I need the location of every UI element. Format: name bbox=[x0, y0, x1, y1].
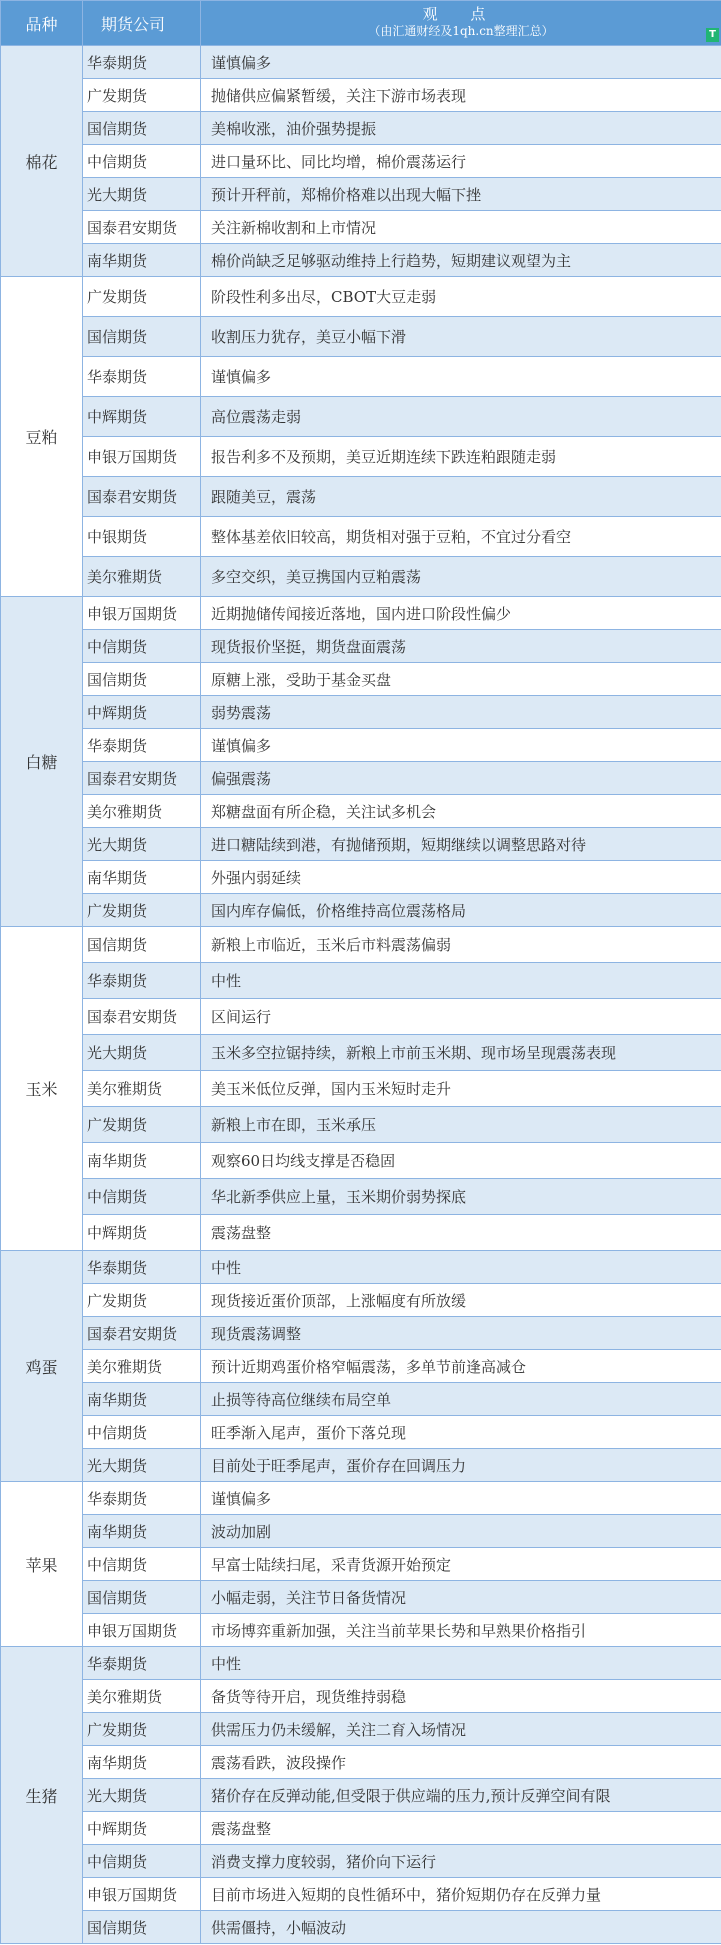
table-row: 华泰期货中性 bbox=[1, 963, 721, 999]
opinion-cell: 玉米多空拉锯持续，新粮上市前玉米期、现市场呈现震荡表现 bbox=[201, 1035, 721, 1071]
opinion-cell: 外强内弱延续 bbox=[201, 861, 721, 894]
company-cell: 申银万国期货 bbox=[83, 1878, 201, 1911]
table-row: 申银万国期货市场博弈重新加强，关注当前苹果长势和早熟果价格指引 bbox=[1, 1614, 721, 1647]
company-cell: 广发期货 bbox=[83, 1284, 201, 1317]
company-cell: 华泰期货 bbox=[83, 963, 201, 999]
opinion-cell: 现货震荡调整 bbox=[201, 1317, 721, 1350]
company-cell: 国泰君安期货 bbox=[83, 1317, 201, 1350]
opinion-cell: 震荡盘整 bbox=[201, 1812, 721, 1845]
table-body: 棉花华泰期货谨慎偏多广发期货抛储供应偏紧暂缓，关注下游市场表现国信期货美棉收涨，… bbox=[1, 46, 721, 1944]
company-cell: 华泰期货 bbox=[83, 1647, 201, 1680]
table-row: 中辉期货震荡盘整 bbox=[1, 1812, 721, 1845]
table-row: 光大期货目前处于旺季尾声，蛋价存在回调压力 bbox=[1, 1449, 721, 1482]
table-row: 华泰期货谨慎偏多 bbox=[1, 357, 721, 397]
opinion-cell: 中性 bbox=[201, 1251, 721, 1284]
table-row: 南华期货外强内弱延续 bbox=[1, 861, 721, 894]
opinion-cell: 谨慎偏多 bbox=[201, 1482, 721, 1515]
table-row: 国信期货收割压力犹存，美豆小幅下滑 bbox=[1, 317, 721, 357]
company-cell: 美尔雅期货 bbox=[83, 1071, 201, 1107]
opinion-cell: 震荡盘整 bbox=[201, 1215, 721, 1251]
company-cell: 中辉期货 bbox=[83, 397, 201, 437]
opinion-cell: 弱势震荡 bbox=[201, 696, 721, 729]
company-cell: 南华期货 bbox=[83, 1515, 201, 1548]
company-cell: 中信期货 bbox=[83, 630, 201, 663]
opinion-cell: 跟随美豆，震荡 bbox=[201, 477, 721, 517]
opinion-cell: 消费支撑力度较弱，猪价向下运行 bbox=[201, 1845, 721, 1878]
company-cell: 华泰期货 bbox=[83, 729, 201, 762]
opinion-cell: 进口糖陆续到港，有抛储预期，短期继续以调整思路对待 bbox=[201, 828, 721, 861]
table-row: 申银万国期货报告利多不及预期，美豆近期连续下跌连粕跟随走弱 bbox=[1, 437, 721, 477]
company-cell: 南华期货 bbox=[83, 861, 201, 894]
company-cell: 中银期货 bbox=[83, 517, 201, 557]
header-opinion-title: 观 点 bbox=[201, 6, 721, 23]
opinion-cell: 进口量环比、同比均增，棉价震荡运行 bbox=[201, 145, 721, 178]
opinion-cell: 收割压力犹存，美豆小幅下滑 bbox=[201, 317, 721, 357]
opinion-cell: 阶段性利多出尽，CBOT大豆走弱 bbox=[201, 277, 721, 317]
table-row: 国信期货原糖上涨，受助于基金买盘 bbox=[1, 663, 721, 696]
company-cell: 中信期货 bbox=[83, 1548, 201, 1581]
company-cell: 光大期货 bbox=[83, 828, 201, 861]
company-cell: 中信期货 bbox=[83, 145, 201, 178]
opinion-cell: 止损等待高位继续布局空单 bbox=[201, 1383, 721, 1416]
opinion-cell: 供需僵持，小幅波动 bbox=[201, 1911, 721, 1944]
opinion-cell: 棉价尚缺乏足够驱动维持上行趋势，短期建议观望为主 bbox=[201, 244, 721, 277]
opinion-cell: 观察60日均线支撑是否稳固 bbox=[201, 1143, 721, 1179]
table-row: 美尔雅期货郑糖盘面有所企稳，关注试多机会 bbox=[1, 795, 721, 828]
company-cell: 广发期货 bbox=[83, 1107, 201, 1143]
company-cell: 中信期货 bbox=[83, 1179, 201, 1215]
opinion-cell: 国内库存偏低，价格维持高位震荡格局 bbox=[201, 894, 721, 927]
opinion-cell: 小幅走弱，关注节日备货情况 bbox=[201, 1581, 721, 1614]
opinion-cell: 区间运行 bbox=[201, 999, 721, 1035]
company-cell: 申银万国期货 bbox=[83, 597, 201, 630]
table-row: 中信期货消费支撑力度较弱，猪价向下运行 bbox=[1, 1845, 721, 1878]
header-company: 期货公司 bbox=[83, 1, 201, 46]
opinion-cell: 谨慎偏多 bbox=[201, 357, 721, 397]
table-row: 中银期货整体基差依旧较高，期货相对强于豆粕，不宜过分看空 bbox=[1, 517, 721, 557]
category-cell: 生猪 bbox=[1, 1647, 83, 1944]
table-row: 光大期货预计开秤前，郑棉价格难以出现大幅下挫 bbox=[1, 178, 721, 211]
opinion-cell: 新粮上市临近，玉米后市料震荡偏弱 bbox=[201, 927, 721, 963]
table-row: 南华期货波动加剧 bbox=[1, 1515, 721, 1548]
table-row: 国泰君安期货关注新棉收割和上市情况 bbox=[1, 211, 721, 244]
opinion-cell: 多空交织，美豆携国内豆粕震荡 bbox=[201, 557, 721, 597]
table-row: 华泰期货谨慎偏多 bbox=[1, 729, 721, 762]
table-row: 中辉期货弱势震荡 bbox=[1, 696, 721, 729]
company-cell: 国信期货 bbox=[83, 1911, 201, 1944]
opinion-cell: 震荡看跌，波段操作 bbox=[201, 1746, 721, 1779]
opinion-cell: 美棉收涨，油价强势提振 bbox=[201, 112, 721, 145]
opinion-cell: 备货等待开启，现货维持弱稳 bbox=[201, 1680, 721, 1713]
opinion-cell: 猪价存在反弹动能,但受限于供应端的压力,预计反弹空间有限 bbox=[201, 1779, 721, 1812]
table-row: 豆粕广发期货阶段性利多出尽，CBOT大豆走弱 bbox=[1, 277, 721, 317]
company-cell: 中信期货 bbox=[83, 1845, 201, 1878]
opinion-cell: 现货接近蛋价顶部，上涨幅度有所放缓 bbox=[201, 1284, 721, 1317]
table-row: 国信期货美棉收涨，油价强势提振 bbox=[1, 112, 721, 145]
company-cell: 南华期货 bbox=[83, 1383, 201, 1416]
table-row: 中信期货早富士陆续扫尾，采青货源开始预定 bbox=[1, 1548, 721, 1581]
company-cell: 光大期货 bbox=[83, 1779, 201, 1812]
company-cell: 国泰君安期货 bbox=[83, 762, 201, 795]
opinion-cell: 中性 bbox=[201, 1647, 721, 1680]
category-cell: 玉米 bbox=[1, 927, 83, 1251]
header-category: 品种 bbox=[1, 1, 83, 46]
company-cell: 华泰期货 bbox=[83, 46, 201, 79]
table-row: 中信期货华北新季供应上量，玉米期价弱势探底 bbox=[1, 1179, 721, 1215]
table-row: 广发期货国内库存偏低，价格维持高位震荡格局 bbox=[1, 894, 721, 927]
table-row: 南华期货棉价尚缺乏足够驱动维持上行趋势，短期建议观望为主 bbox=[1, 244, 721, 277]
company-cell: 光大期货 bbox=[83, 178, 201, 211]
table-row: 生猪华泰期货中性 bbox=[1, 1647, 721, 1680]
company-cell: 南华期货 bbox=[83, 1143, 201, 1179]
opinion-cell: 新粮上市在即，玉米承压 bbox=[201, 1107, 721, 1143]
opinion-cell: 谨慎偏多 bbox=[201, 46, 721, 79]
company-cell: 申银万国期货 bbox=[83, 1614, 201, 1647]
table-row: 中辉期货震荡盘整 bbox=[1, 1215, 721, 1251]
table-row: 国泰君安期货偏强震荡 bbox=[1, 762, 721, 795]
table-row: 国泰君安期货区间运行 bbox=[1, 999, 721, 1035]
company-cell: 中辉期货 bbox=[83, 1812, 201, 1845]
table-row: 美尔雅期货备货等待开启，现货维持弱稳 bbox=[1, 1680, 721, 1713]
table-row: 玉米国信期货新粮上市临近，玉米后市料震荡偏弱 bbox=[1, 927, 721, 963]
company-cell: 美尔雅期货 bbox=[83, 1350, 201, 1383]
company-cell: 国信期货 bbox=[83, 927, 201, 963]
category-cell: 棉花 bbox=[1, 46, 83, 277]
table-row: 国信期货供需僵持，小幅波动 bbox=[1, 1911, 721, 1944]
company-cell: 国泰君安期货 bbox=[83, 211, 201, 244]
table-row: 中信期货进口量环比、同比均增，棉价震荡运行 bbox=[1, 145, 721, 178]
opinion-cell: 华北新季供应上量，玉米期价弱势探底 bbox=[201, 1179, 721, 1215]
company-cell: 广发期货 bbox=[83, 277, 201, 317]
company-cell: 中辉期货 bbox=[83, 696, 201, 729]
company-cell: 华泰期货 bbox=[83, 357, 201, 397]
opinion-cell: 预计近期鸡蛋价格窄幅震荡，多单节前逢高减仓 bbox=[201, 1350, 721, 1383]
opinion-cell: 偏强震荡 bbox=[201, 762, 721, 795]
opinion-cell: 报告利多不及预期，美豆近期连续下跌连粕跟随走弱 bbox=[201, 437, 721, 477]
company-cell: 南华期货 bbox=[83, 1746, 201, 1779]
company-cell: 国信期货 bbox=[83, 317, 201, 357]
table-row: 广发期货抛储供应偏紧暂缓，关注下游市场表现 bbox=[1, 79, 721, 112]
company-cell: 广发期货 bbox=[83, 894, 201, 927]
company-cell: 国信期货 bbox=[83, 663, 201, 696]
opinion-cell: 市场博弈重新加强，关注当前苹果长势和早熟果价格指引 bbox=[201, 1614, 721, 1647]
company-cell: 广发期货 bbox=[83, 1713, 201, 1746]
table-row: 光大期货玉米多空拉锯持续，新粮上市前玉米期、现市场呈现震荡表现 bbox=[1, 1035, 721, 1071]
table-row: 光大期货进口糖陆续到港，有抛储预期，短期继续以调整思路对待 bbox=[1, 828, 721, 861]
category-cell: 鸡蛋 bbox=[1, 1251, 83, 1482]
table-row: 苹果华泰期货谨慎偏多 bbox=[1, 1482, 721, 1515]
company-cell: 光大期货 bbox=[83, 1035, 201, 1071]
table-row: 白糖申银万国期货近期抛储传闻接近落地，国内进口阶段性偏少 bbox=[1, 597, 721, 630]
category-cell: 苹果 bbox=[1, 1482, 83, 1647]
opinion-cell: 美玉米低位反弹，国内玉米短时走升 bbox=[201, 1071, 721, 1107]
futures-opinion-table: 品种 期货公司 观 点 （由汇通财经及1qh.cn整理汇总） T 棉花华泰期货谨… bbox=[0, 0, 721, 1944]
table-row: 南华期货观察60日均线支撑是否稳固 bbox=[1, 1143, 721, 1179]
company-cell: 国泰君安期货 bbox=[83, 477, 201, 517]
opinion-cell: 高位震荡走弱 bbox=[201, 397, 721, 437]
table-row: 广发期货现货接近蛋价顶部，上涨幅度有所放缓 bbox=[1, 1284, 721, 1317]
header-opinion: 观 点 （由汇通财经及1qh.cn整理汇总） T bbox=[201, 1, 721, 46]
company-cell: 美尔雅期货 bbox=[83, 795, 201, 828]
opinion-cell: 早富士陆续扫尾，采青货源开始预定 bbox=[201, 1548, 721, 1581]
table-row: 南华期货止损等待高位继续布局空单 bbox=[1, 1383, 721, 1416]
category-cell: 豆粕 bbox=[1, 277, 83, 597]
opinion-cell: 原糖上涨，受助于基金买盘 bbox=[201, 663, 721, 696]
table-row: 中信期货旺季渐入尾声，蛋价下落兑现 bbox=[1, 1416, 721, 1449]
opinion-cell: 抛储供应偏紧暂缓，关注下游市场表现 bbox=[201, 79, 721, 112]
table-row: 中辉期货高位震荡走弱 bbox=[1, 397, 721, 437]
table-row: 广发期货供需压力仍未缓解，关注二育入场情况 bbox=[1, 1713, 721, 1746]
opinion-cell: 整体基差依旧较高，期货相对强于豆粕，不宜过分看空 bbox=[201, 517, 721, 557]
table-row: 中信期货现货报价坚挺，期货盘面震荡 bbox=[1, 630, 721, 663]
company-cell: 华泰期货 bbox=[83, 1482, 201, 1515]
opinion-cell: 谨慎偏多 bbox=[201, 729, 721, 762]
opinion-cell: 目前市场进入短期的良性循环中，猪价短期仍存在反弹力量 bbox=[201, 1878, 721, 1911]
company-cell: 南华期货 bbox=[83, 244, 201, 277]
category-cell: 白糖 bbox=[1, 597, 83, 927]
table-row: 广发期货新粮上市在即，玉米承压 bbox=[1, 1107, 721, 1143]
opinion-cell: 波动加剧 bbox=[201, 1515, 721, 1548]
table-row: 国泰君安期货现货震荡调整 bbox=[1, 1317, 721, 1350]
header-opinion-subtitle: （由汇通财经及1qh.cn整理汇总） bbox=[201, 23, 721, 40]
opinion-cell: 现货报价坚挺，期货盘面震荡 bbox=[201, 630, 721, 663]
company-cell: 中辉期货 bbox=[83, 1215, 201, 1251]
filter-icon[interactable]: T bbox=[706, 28, 719, 42]
company-cell: 华泰期货 bbox=[83, 1251, 201, 1284]
company-cell: 美尔雅期货 bbox=[83, 1680, 201, 1713]
table-row: 美尔雅期货预计近期鸡蛋价格窄幅震荡，多单节前逢高减仓 bbox=[1, 1350, 721, 1383]
table-row: 国信期货小幅走弱，关注节日备货情况 bbox=[1, 1581, 721, 1614]
opinion-cell: 中性 bbox=[201, 963, 721, 999]
opinion-cell: 旺季渐入尾声，蛋价下落兑现 bbox=[201, 1416, 721, 1449]
table-header-row: 品种 期货公司 观 点 （由汇通财经及1qh.cn整理汇总） T bbox=[1, 1, 721, 46]
opinion-cell: 供需压力仍未缓解，关注二育入场情况 bbox=[201, 1713, 721, 1746]
table-row: 棉花华泰期货谨慎偏多 bbox=[1, 46, 721, 79]
company-cell: 美尔雅期货 bbox=[83, 557, 201, 597]
table-row: 光大期货猪价存在反弹动能,但受限于供应端的压力,预计反弹空间有限 bbox=[1, 1779, 721, 1812]
opinion-cell: 目前处于旺季尾声，蛋价存在回调压力 bbox=[201, 1449, 721, 1482]
company-cell: 申银万国期货 bbox=[83, 437, 201, 477]
opinion-cell: 近期抛储传闻接近落地，国内进口阶段性偏少 bbox=[201, 597, 721, 630]
table-row: 申银万国期货目前市场进入短期的良性循环中，猪价短期仍存在反弹力量 bbox=[1, 1878, 721, 1911]
opinion-cell: 预计开秤前，郑棉价格难以出现大幅下挫 bbox=[201, 178, 721, 211]
company-cell: 广发期货 bbox=[83, 79, 201, 112]
table-row: 美尔雅期货美玉米低位反弹，国内玉米短时走升 bbox=[1, 1071, 721, 1107]
table-row: 国泰君安期货跟随美豆，震荡 bbox=[1, 477, 721, 517]
table-row: 美尔雅期货多空交织，美豆携国内豆粕震荡 bbox=[1, 557, 721, 597]
company-cell: 中信期货 bbox=[83, 1416, 201, 1449]
company-cell: 国信期货 bbox=[83, 1581, 201, 1614]
opinion-cell: 郑糖盘面有所企稳，关注试多机会 bbox=[201, 795, 721, 828]
company-cell: 国泰君安期货 bbox=[83, 999, 201, 1035]
company-cell: 国信期货 bbox=[83, 112, 201, 145]
opinion-cell: 关注新棉收割和上市情况 bbox=[201, 211, 721, 244]
company-cell: 光大期货 bbox=[83, 1449, 201, 1482]
table-row: 鸡蛋华泰期货中性 bbox=[1, 1251, 721, 1284]
table-row: 南华期货震荡看跌，波段操作 bbox=[1, 1746, 721, 1779]
